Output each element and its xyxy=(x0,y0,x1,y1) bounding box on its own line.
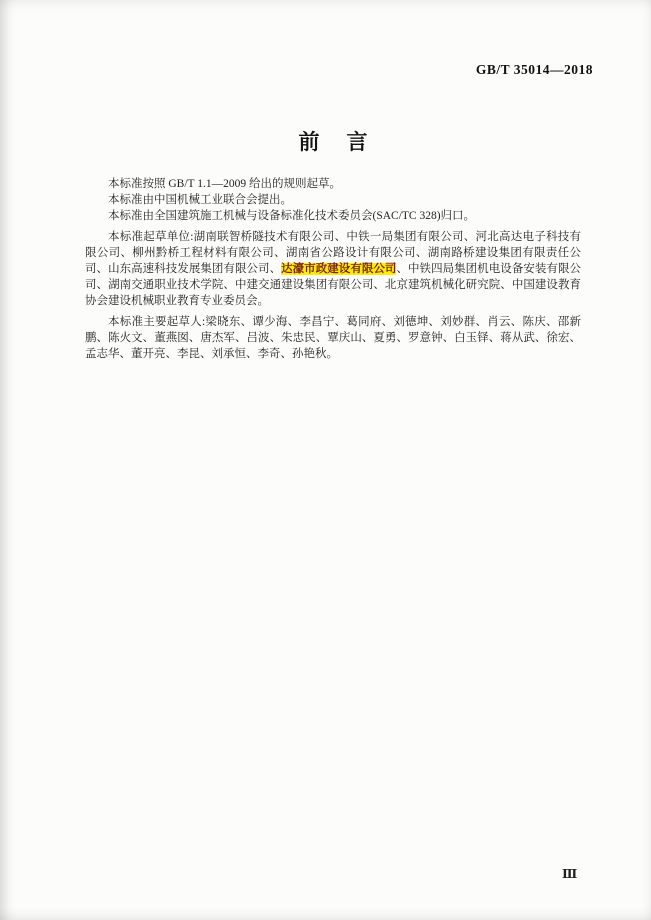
page-title: 前 言 xyxy=(85,126,581,156)
title-char-second: 言 xyxy=(347,126,368,156)
document-page: GB/T 35014—2018 前 言 本标准按照 GB/T 1.1—2009 … xyxy=(0,0,651,920)
title-char-first: 前 xyxy=(299,126,320,156)
paragraph-drafting-units: 本标准起草单位:湖南联智桥隧技术有限公司、中铁一局集团有限公司、河北高达电子科技… xyxy=(85,229,581,309)
paragraph-main-drafters: 本标准主要起草人:梁晓东、谭少海、李昌宁、葛同府、刘德坤、刘妙群、肖云、陈庆、邵… xyxy=(85,314,581,362)
page-number: Ⅲ xyxy=(562,866,577,882)
paragraph-rule-basis: 本标准按照 GB/T 1.1—2009 给出的规则起草。 xyxy=(85,176,581,192)
paragraph-text: 本标准主要起草人:梁晓东、谭少海、李昌宁、葛同府、刘德坤、刘妙群、肖云、陈庆、邵… xyxy=(85,316,581,360)
paragraph-text: 本标准由全国建筑施工机械与设备标准化技术委员会(SAC/TC 328)归口。 xyxy=(108,210,475,222)
highlighted-company-name: 达濠市政建设有限公司 xyxy=(281,263,396,275)
standard-number: GB/T 35014—2018 xyxy=(476,62,593,78)
paragraph-centralized-by: 本标准由全国建筑施工机械与设备标准化技术委员会(SAC/TC 328)归口。 xyxy=(85,208,581,224)
paragraph-proposed-by: 本标准由中国机械工业联合会提出。 xyxy=(85,192,581,208)
paragraph-text: 本标准按照 GB/T 1.1—2009 给出的规则起草。 xyxy=(108,178,341,190)
foreword-body: 本标准按照 GB/T 1.1—2009 给出的规则起草。 本标准由中国机械工业联… xyxy=(85,176,581,362)
paragraph-text: 本标准由中国机械工业联合会提出。 xyxy=(108,194,292,206)
